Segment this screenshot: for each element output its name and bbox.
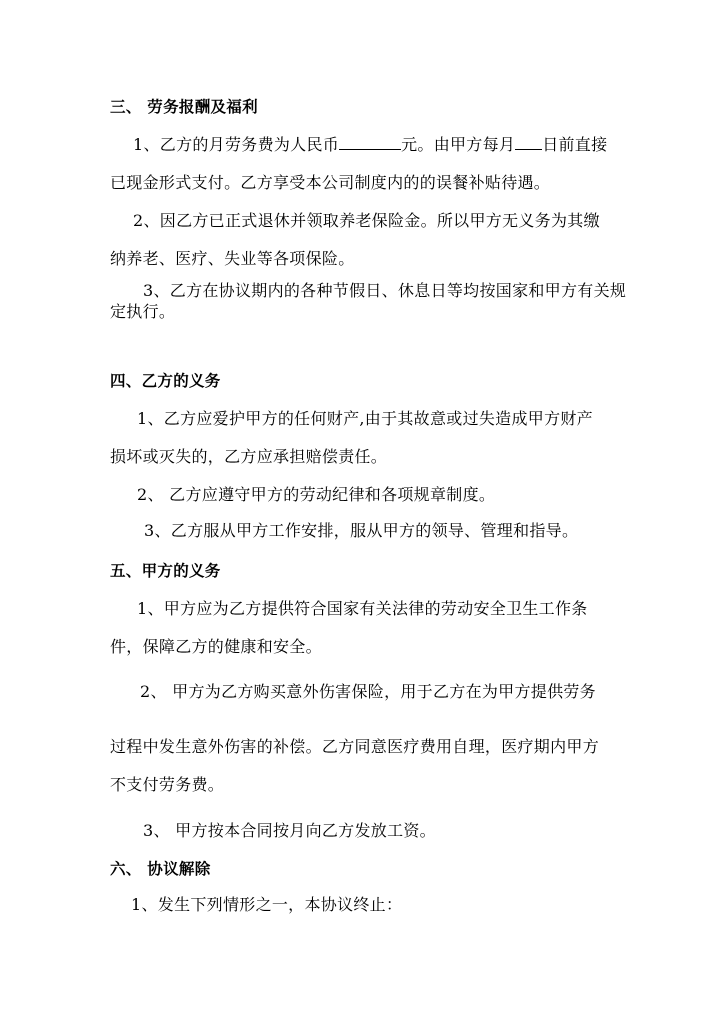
- paragraph-4-3: 3、乙方服从甲方工作安排，服从甲方的领导、管理和指导。: [144, 521, 578, 541]
- paragraph-5-3: 3、 甲方按本合同按月向乙方发放工资。: [143, 821, 436, 841]
- paragraph-3-3-line-2: 定执行。: [110, 302, 175, 322]
- text-segment: 日前直接: [542, 135, 607, 154]
- paragraph-4-2: 2、 乙方应遵守甲方的劳动纪律和各项规章制度。: [137, 485, 495, 505]
- pay-day-blank[interactable]: [515, 135, 542, 150]
- paragraph-4-1-line-1: 1、乙方应爱护甲方的任何财产,由于其故意或过失造成甲方财产: [137, 409, 593, 429]
- paragraph-4-1-line-2: 损坏或灭失的，乙方应承担赔偿责任。: [110, 447, 387, 467]
- section-heading-5: 五、甲方的义务: [110, 561, 221, 581]
- text-segment: 1、乙方的月劳务费为人民币: [133, 135, 339, 154]
- paragraph-5-2-line-1: 2、 甲方为乙方购买意外伤害保险，用于乙方在为甲方提供劳务: [140, 682, 596, 702]
- paragraph-5-2-line-3: 不支付劳务费。: [110, 775, 224, 795]
- section-heading-4: 四、乙方的义务: [110, 371, 221, 391]
- text-segment: 元。由甲方每月: [401, 135, 515, 154]
- paragraph-5-2-line-2: 过程中发生意外伤害的补偿。乙方同意医疗费用自理，医疗期内甲方: [110, 737, 599, 757]
- paragraph-3-3-line-1: 3、乙方在协议期内的各种节假日、休息日等均按国家和甲方有关规: [143, 281, 626, 301]
- paragraph-3-2-line-1: 2、因乙方已正式退休并领取养老保险金。所以甲方无义务为其缴: [133, 211, 600, 231]
- paragraph-3-1-line-1: 1、乙方的月劳务费为人民币元。由甲方每月日前直接: [133, 135, 607, 155]
- section-heading-3: 三、 劳务报酬及福利: [110, 97, 258, 117]
- paragraph-5-1-line-1: 1、甲方应为乙方提供符合国家有关法律的劳动安全卫生工作条: [137, 599, 588, 619]
- paragraph-3-2-line-2: 纳养老、医疗、失业等各项保险。: [110, 249, 355, 269]
- paragraph-5-1-line-2: 件，保障乙方的健康和安全。: [110, 637, 322, 657]
- section-heading-6: 六、 协议解除: [110, 859, 211, 879]
- salary-amount-blank[interactable]: [339, 135, 401, 150]
- paragraph-6-1: 1、发生下列情形之一，本协议终止：: [131, 895, 402, 915]
- paragraph-3-1-line-2: 已现金形式支付。乙方享受本公司制度内的的误餐补贴待遇。: [110, 173, 550, 193]
